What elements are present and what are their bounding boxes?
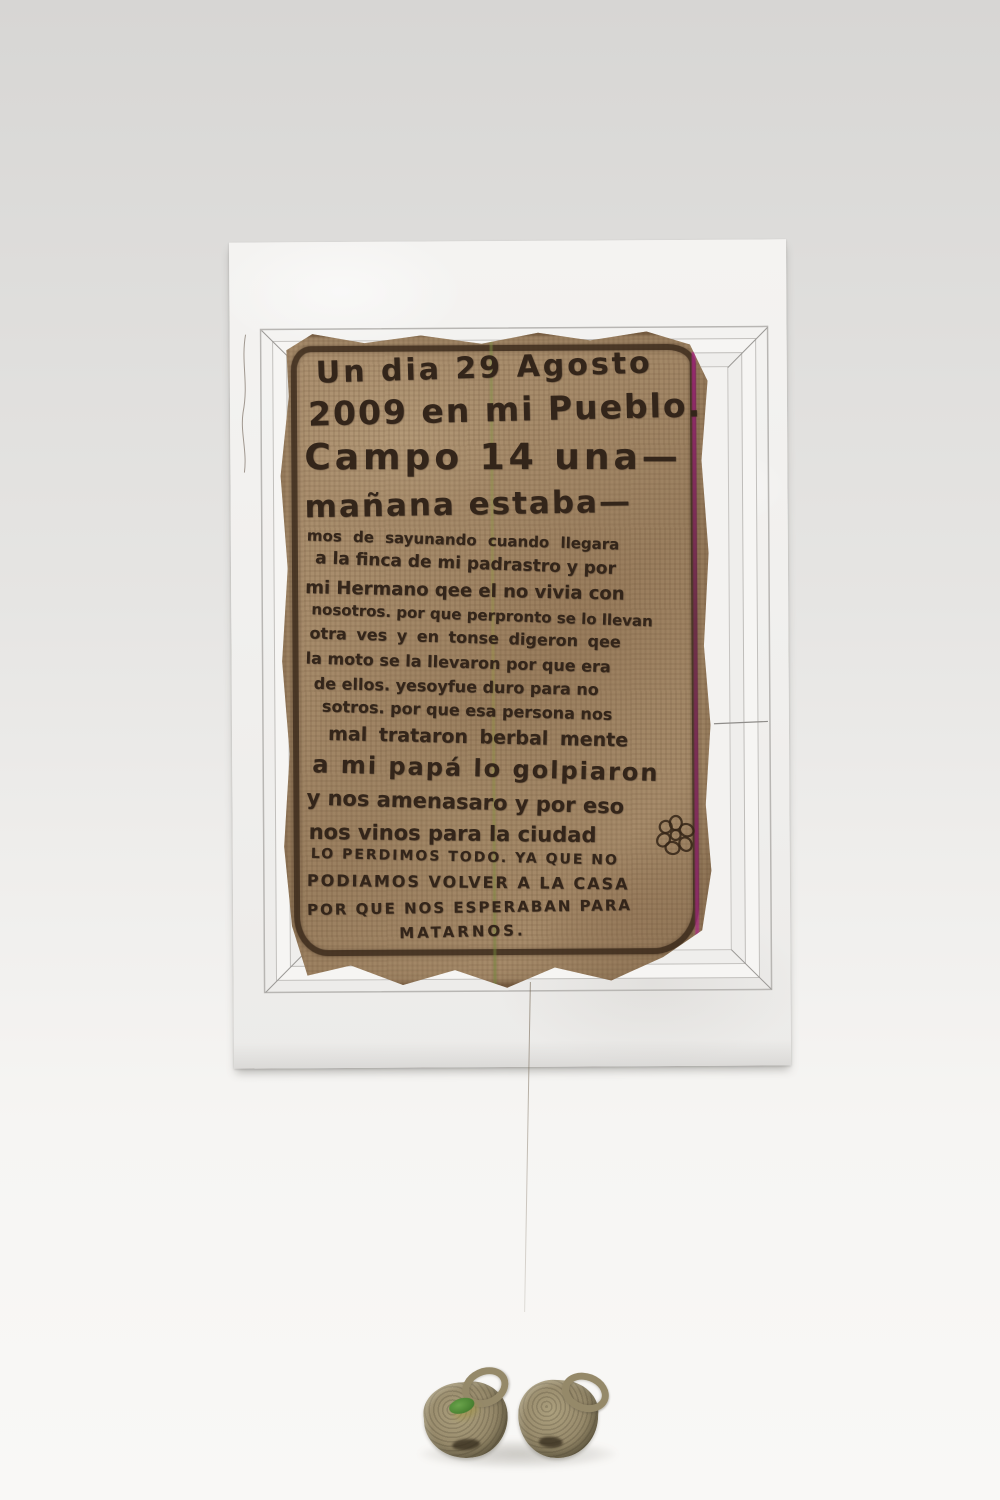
text-line: 2009 en mi Pueblo.	[308, 387, 693, 433]
framed-photograph-artwork: Un dia 29 Agosto 2009 en mi Pueblo. Camp…	[229, 239, 791, 1068]
flower-doodle-icon	[654, 812, 696, 856]
gallery-room: Un dia 29 Agosto 2009 en mi Pueblo. Camp…	[0, 0, 1000, 1500]
text-line: PODIAMOS VOLVER A LA CASA	[307, 872, 695, 894]
text-line: mañana estaba—	[304, 484, 693, 525]
text-line: Campo 14 una—	[304, 437, 692, 478]
woven-shoes-pair	[418, 1362, 623, 1484]
text-line-label: nos vinos para la ciudad	[309, 819, 597, 846]
toe-shading	[452, 1438, 481, 1451]
photo-bottom-shadow	[234, 1039, 791, 1068]
toe-shading	[539, 1436, 564, 1448]
heel-strap	[556, 1366, 614, 1419]
green-yarn-accent	[447, 1395, 476, 1417]
loose-thread-left	[238, 335, 253, 475]
text-line: mal trataron berbal mente	[328, 724, 694, 753]
text-line: a la finca de mi padrastro y por	[315, 550, 693, 583]
text-line: sotros. por que esa persona nos	[322, 698, 694, 727]
text-line: POR QUE NOS ESPERABAN PARA	[307, 896, 695, 919]
text-line: LO PERDIMOS TODO. YA QUE NO	[311, 847, 695, 871]
handwritten-testimony: Un dia 29 Agosto 2009 en mi Pueblo. Camp…	[304, 350, 696, 940]
text-line: nos vinos para la ciudad	[309, 820, 695, 848]
text-line: a mi papá lo golpiaron	[312, 751, 695, 788]
burlap-sack: Un dia 29 Agosto 2009 en mi Pueblo. Camp…	[278, 328, 716, 993]
text-line: y nos amenasaro y por eso	[306, 787, 695, 822]
text-line: Un dia 29 Agosto	[315, 345, 692, 390]
